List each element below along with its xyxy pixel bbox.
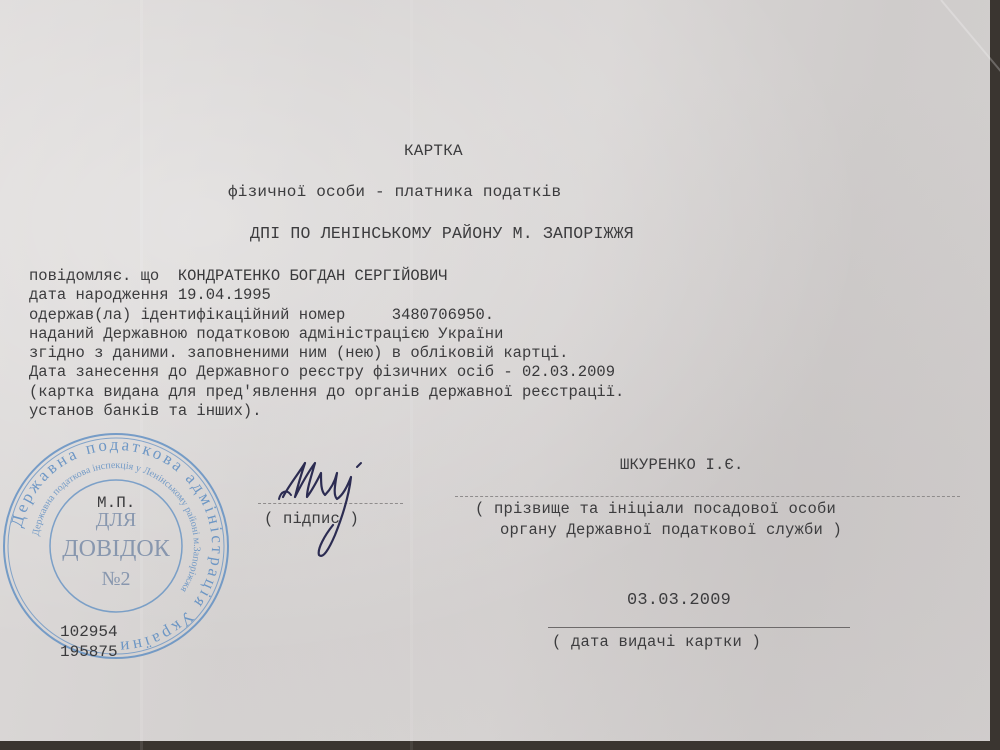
full-name: КОНДРАТЕНКО БОГДАН СЕРГІЙОВИЧ xyxy=(178,267,448,285)
serial-numbers: 102954 195875 xyxy=(60,622,118,662)
handwritten-signature xyxy=(275,455,395,565)
basis-line: згідно з даними. заповненими ним (нею) в… xyxy=(29,344,624,363)
birth-date-label: дата народження xyxy=(29,286,178,304)
name-label: повідомляє. що xyxy=(29,267,178,285)
serial-number-2: 195875 xyxy=(60,643,118,661)
issue-date: 03.03.2009 xyxy=(627,592,731,609)
stamp-center-line3: №2 xyxy=(101,568,130,590)
birth-date: 19.04.1995 xyxy=(178,286,271,304)
officer-caption: ( прізвище та ініціали посадової особи xyxy=(475,502,836,518)
purpose-line-2: установ банків та інших). xyxy=(29,402,624,421)
issuing-office: ДПІ ПО ЛЕНІНСЬКОМУ РАЙОНУ М. ЗАПОРІЖЖЯ xyxy=(250,226,634,243)
birth-date-line: дата народження 19.04.1995 xyxy=(29,286,624,305)
tax-id-suffix: . xyxy=(485,306,494,324)
registry-date: 02.03.2009 xyxy=(522,363,615,381)
issuer-line: наданий Державною податковою адміністрац… xyxy=(29,325,624,344)
stamp-center-line1: ДЛЯ xyxy=(96,509,137,531)
officer-name: ШКУРЕНКО І.Є. xyxy=(620,458,744,474)
issue-date-caption: ( дата видачі картки ) xyxy=(552,635,761,651)
card-body: повідомляє. що КОНДРАТЕНКО БОГДАН СЕРГІЙ… xyxy=(29,267,624,421)
stamp-center-line2: ДОВІДОК xyxy=(62,536,170,562)
tax-id-label: одержав(ла) ідентифікаційний номер xyxy=(29,306,392,324)
serial-number-1: 102954 xyxy=(60,623,118,641)
issue-date-rule xyxy=(548,627,850,628)
officer-rule xyxy=(455,496,960,497)
registry-date-line: Дата занесення до Державного реєстру фіз… xyxy=(29,363,624,382)
name-line: повідомляє. що КОНДРАТЕНКО БОГДАН СЕРГІЙ… xyxy=(29,267,624,286)
officer-caption-2: органу Державної податкової служби ) xyxy=(500,523,842,539)
tax-id-line: одержав(ла) ідентифікаційний номер 34807… xyxy=(29,306,624,325)
document-title: КАРТКА xyxy=(404,143,463,159)
paper-crease xyxy=(940,0,1000,93)
purpose-line: (картка видана для пред'явлення до орган… xyxy=(29,383,624,402)
registry-date-label: Дата занесення до Державного реєстру фіз… xyxy=(29,363,522,381)
tax-card-paper: КАРТКА фізичної особи - платника податкі… xyxy=(0,0,990,741)
tax-id: 3480706950 xyxy=(392,306,485,324)
document-subtitle: фізичної особи - платника податків xyxy=(228,184,561,200)
seal-place-label: М.П. xyxy=(97,494,135,512)
